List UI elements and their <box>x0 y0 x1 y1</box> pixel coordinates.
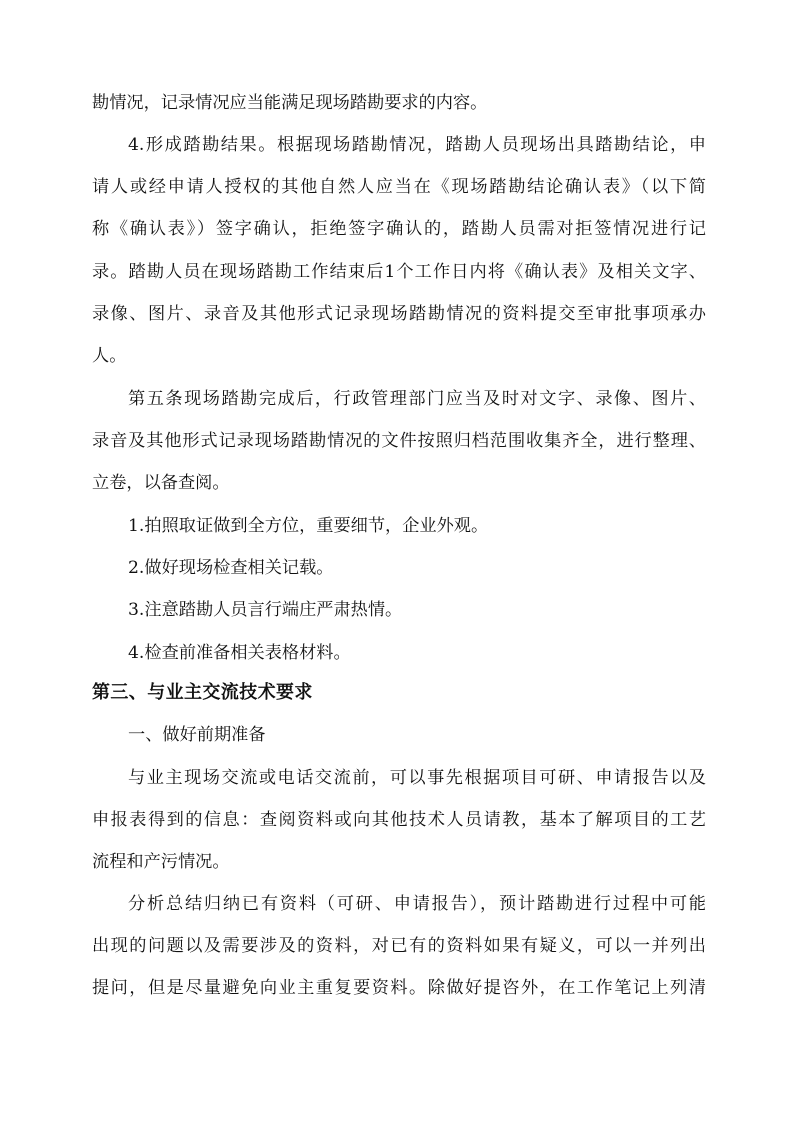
paragraph-line: 与业主现场交流或电话交流前，可以事先根据项目可研、申请报告以及 <box>128 765 706 791</box>
paragraph-line: 请人或经申请人授权的其他自然人应当在《现场踏勘结论确认表》（以下简 <box>92 174 706 200</box>
paragraph-line: 勘情况，记录情况应当能满足现场踏勘要求的内容。 <box>92 90 706 116</box>
paragraph-line: 录像、图片、录音及其他形式记录现场踏勘情况的资料提交至审批事项承办 <box>92 301 706 327</box>
paragraph-line: 出现的问题以及需要涉及的资料，对已有的资料如果有疑义，可以一并列出 <box>92 933 706 959</box>
paragraph-line: 立卷，以备查阅。 <box>92 470 706 496</box>
subsection-heading: 一、做好前期准备 <box>128 722 706 748</box>
paragraph-line: 分析总结归纳已有资料（可研、申请报告），预计踏勘进行过程中可能 <box>128 891 706 917</box>
list-item: 2.做好现场检查相关记载。 <box>128 555 706 581</box>
section-heading: 第三、与业主交流技术要求 <box>92 680 706 706</box>
document-page: 勘情况，记录情况应当能满足现场踏勘要求的内容。 4.形成踏勘结果。根据现场踏勘情… <box>0 0 793 1122</box>
paragraph-line: 人。 <box>92 343 706 369</box>
paragraph-line: 录音及其他形式记录现场踏勘情况的文件按照归档范围收集齐全，进行整理、 <box>92 428 706 454</box>
paragraph-line: 称《确认表》）签字确认，拒绝签字确认的，踏勘人员需对拒签情况进行记 <box>92 216 706 242</box>
paragraph-line: 流程和产污情况。 <box>92 849 706 875</box>
list-item: 4.检查前准备相关表格材料。 <box>128 640 706 666</box>
paragraph-line: 4.形成踏勘结果。根据现场踏勘情况，踏勘人员现场出具踏勘结论，申 <box>128 132 706 158</box>
paragraph-line: 第五条现场踏勘完成后，行政管理部门应当及时对文字、录像、图片、 <box>128 386 706 412</box>
paragraph-line: 录。踏勘人员在现场踏勘工作结束后1个工作日内将《确认表》及相关文字、 <box>92 259 706 285</box>
list-item: 1.拍照取证做到全方位，重要细节，企业外观。 <box>128 513 706 539</box>
paragraph-line: 提问，但是尽量避免向业主重复要资料。除做好提咨外，在工作笔记上列清 <box>92 975 706 1001</box>
list-item: 3.注意踏勘人员言行端庄严肃热情。 <box>128 597 706 623</box>
paragraph-line: 申报表得到的信息：查阅资料或向其他技术人员请教，基本了解项目的工艺 <box>92 807 706 833</box>
